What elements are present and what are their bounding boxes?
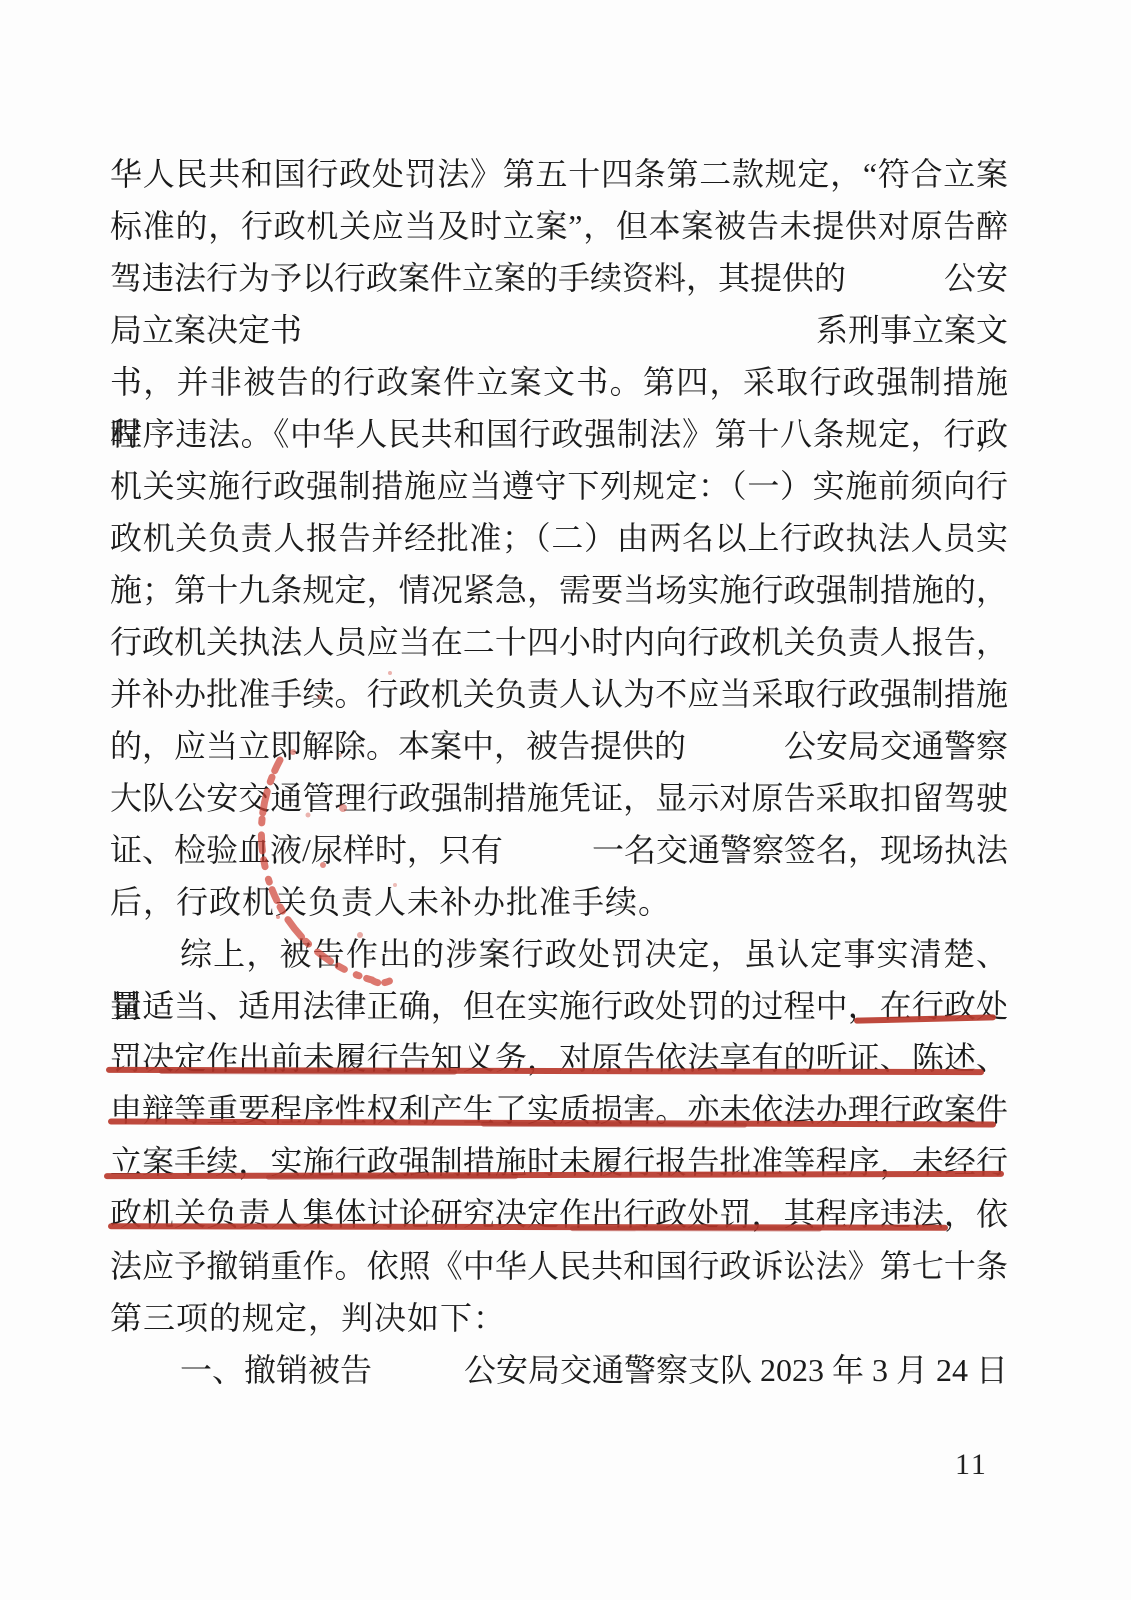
text-line-redacted: 的，应当立即解除。本案中，被告提供的公安局交通警察 bbox=[110, 720, 1008, 772]
text-line-underlined: 立案手续，实施行政强制措施时未履行报告批准等程序，未经行 bbox=[110, 1136, 1008, 1188]
text-line: 后，行政机关负责人未补办批准手续。 bbox=[110, 876, 1008, 928]
line-text: 大队公安交通管理行政强制措施凭证，显示对原告采取扣留驾驶 bbox=[110, 780, 1008, 816]
line-text: 政机关负责人报告并经批准；（二）由两名以上行政执法人员实 bbox=[110, 520, 1008, 556]
text-line: 施；第十九条规定，情况紧急，需要当场实施行政强制措施的， bbox=[110, 564, 1008, 616]
text-line-redacted: 局立案决定书系刑事立案文 bbox=[110, 304, 1008, 356]
line-text: 公安局交通警察 bbox=[784, 720, 1008, 772]
text-line: 政机关负责人报告并经批准；（二）由两名以上行政执法人员实 bbox=[110, 512, 1008, 564]
line-text: 第三项的规定，判决如下： bbox=[110, 1300, 506, 1336]
text-line: 标准的，行政机关应当及时立案”，但本案被告未提供对原告醉 bbox=[110, 200, 1008, 252]
text-line: 程序违法。《中华人民共和国行政强制法》第十八条规定，行政 bbox=[110, 408, 1008, 460]
red-underline-overlap bbox=[570, 1226, 822, 1231]
line-text: 程序违法。《中华人民共和国行政强制法》第十八条规定，行政 bbox=[110, 416, 1008, 452]
red-underline-stroke bbox=[106, 1067, 984, 1075]
text-line-underlined: 申辩等重要程序性权利产生了实质损害。亦未依法办理行政案件 bbox=[110, 1084, 1008, 1136]
line-text: 标准的，行政机关应当及时立案”，但本案被告未提供对原告醉 bbox=[110, 208, 1008, 244]
text-line: 大队公安交通管理行政强制措施凭证，显示对原告采取扣留驾驶 bbox=[110, 772, 1008, 824]
text-line: 罚适当、适用法律正确，但在实施行政处罚的过程中，在行政处 bbox=[110, 980, 1008, 1032]
line-text: 一名交通警察签名，现场执法 bbox=[592, 824, 1008, 876]
text-line: 机关实施行政强制措施应当遵守下列规定：（一）实施前须向行 bbox=[110, 460, 1008, 512]
text-line-redacted: 驾违法行为予以行政案件立案的手续资料，其提供的公安 bbox=[110, 252, 1008, 304]
judgment-text-block: 华人民共和国行政处罚法》第五十四条第二款规定，“符合立案 标准的，行政机关应当及… bbox=[110, 148, 1008, 1396]
text-line-underlined: 罚决定作出前未履行告知义务，对原告依法享有的听证、陈述、 bbox=[110, 1032, 1008, 1084]
text-line-redacted: 证、检验血液/尿样时，只有一名交通警察签名，现场执法 bbox=[110, 824, 1008, 876]
line-text: 并补办批准手续。行政机关负责人认为不应当采取行政强制措施 bbox=[110, 676, 1008, 712]
text-line-paragraph-start: 综上，被告作出的涉案行政处罚决定，虽认定事实清楚、量 bbox=[110, 928, 1008, 980]
line-text: 法应予撤销重作。依照《中华人民共和国行政诉讼法》第七十条 bbox=[110, 1248, 1008, 1284]
line-text: 华人民共和国行政处罚法》第五十四条第二款规定，“符合立案 bbox=[110, 156, 1008, 192]
text-line: 书，并非被告的行政案件立案文书。第四，采取行政强制措施时， bbox=[110, 356, 1008, 408]
line-text: 行政机关执法人员应当在二十四小时内向行政机关负责人报告， bbox=[110, 624, 1008, 660]
red-underline-overlap bbox=[159, 1069, 458, 1075]
red-underline-overlap bbox=[481, 1122, 747, 1128]
text-line: 华人民共和国行政处罚法》第五十四条第二款规定，“符合立案 bbox=[110, 148, 1008, 200]
line-text: 驾违法行为予以行政案件立案的手续资料，其提供的 bbox=[110, 252, 846, 304]
line-text: 机关实施行政强制措施应当遵守下列规定：（一）实施前须向行 bbox=[110, 468, 1008, 504]
line-text: 局立案决定书 bbox=[110, 304, 302, 356]
line-text: 证、检验血液/尿样时，只有 bbox=[110, 824, 503, 876]
document-page: 华人民共和国行政处罚法》第五十四条第二款规定，“符合立案 标准的，行政机关应当及… bbox=[0, 0, 1131, 1600]
line-text: 施；第十九条规定，情况紧急，需要当场实施行政强制措施的， bbox=[110, 572, 1008, 608]
line-text: 系刑事立案文 bbox=[816, 304, 1008, 356]
line-text: 公安 bbox=[944, 252, 1008, 304]
line-text: 公安局交通警察支队 2023 年 3 月 24 日 bbox=[464, 1344, 1008, 1396]
line-text: 一、撤销被告 bbox=[110, 1344, 372, 1396]
line-text: 的，应当立即解除。本案中，被告提供的 bbox=[110, 720, 686, 772]
line-text: 后，行政机关负责人未补办批准手续。 bbox=[110, 884, 671, 920]
red-underline-overlap bbox=[266, 1174, 518, 1180]
page-number: 11 bbox=[955, 1448, 988, 1482]
text-line-redacted: 一、撤销被告公安局交通警察支队 2023 年 3 月 24 日 bbox=[110, 1344, 1008, 1396]
text-line: 行政机关执法人员应当在二十四小时内向行政机关负责人报告， bbox=[110, 616, 1008, 668]
text-line: 并补办批准手续。行政机关负责人认为不应当采取行政强制措施 bbox=[110, 668, 1008, 720]
text-line: 第三项的规定，判决如下： bbox=[110, 1292, 1008, 1344]
text-line-underlined: 政机关负责人集体讨论研究决定作出行政处罚，其程序违法，依 bbox=[110, 1188, 1008, 1240]
text-line: 法应予撤销重作。依照《中华人民共和国行政诉讼法》第七十条 bbox=[110, 1240, 1008, 1292]
